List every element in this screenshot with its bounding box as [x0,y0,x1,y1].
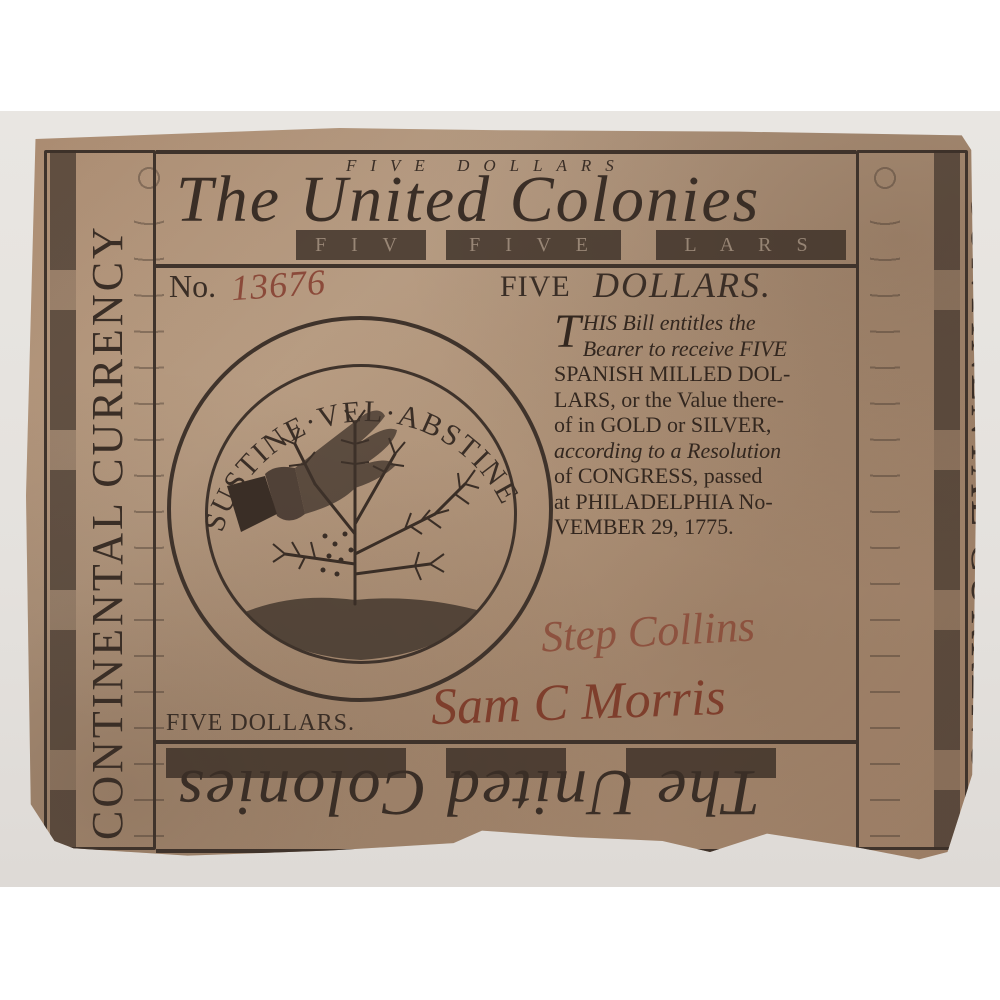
promise-line: HIS Bill entitles the [554,310,864,336]
bottom-script-title-inverted: The United Colonies [176,754,760,830]
drop-cap: T [554,310,581,354]
plate-left: F I V [296,230,426,260]
promise-line: at PHILADELPHIA No- [554,489,864,515]
serial-label: No. [169,268,216,305]
plate-center: F I V E [446,230,621,260]
signature-1: Step Collins [540,600,756,662]
top-script-title: The United Colonies [176,162,760,238]
signature-2: Sam C Morris [430,668,727,737]
promise-text: T HIS Bill entitles the Bearer to receiv… [554,310,864,540]
top-banner: FIVE DOLLARS The United Colonies F I V F… [156,150,856,268]
denomination-script: DOLLARS. [593,264,772,306]
plate-right: L A R S [656,230,846,260]
serial-number: 13676 [230,261,328,310]
promise-line: LARS, or the Value there- [554,387,864,413]
banknote: CONTINENTAL CURRENCY CONTINENTAL CURRENC… [26,128,976,863]
top-plates: F I V F I V E L A R S [156,230,856,260]
left-vertical-text: CONTINENTAL CURRENCY [82,224,133,840]
promise-line: of in GOLD or SILVER, [554,412,864,438]
promise-line: of CONGRESS, passed [554,463,864,489]
seal: SUSTINE·VEL·ABSTINE [167,316,553,702]
promise-line: SPANISH MILLED DOL- [554,361,864,387]
promise-line: Bearer to receive FIVE [554,336,864,362]
denomination-word: FIVE [500,270,571,304]
left-border-plate [50,150,76,850]
right-border: CONTINENTAL CURRENCY [856,150,968,850]
right-border-plate [934,150,960,850]
bottom-denomination-label: FIVE DOLLARS. [166,710,355,737]
promise-line: VEMBER 29, 1775. [554,514,864,540]
promise-line: according to a Resolution [554,438,864,464]
left-border: CONTINENTAL CURRENCY [44,150,156,850]
hand-shaking-bush-icon [205,364,517,664]
right-flourish-ornament [870,160,900,840]
